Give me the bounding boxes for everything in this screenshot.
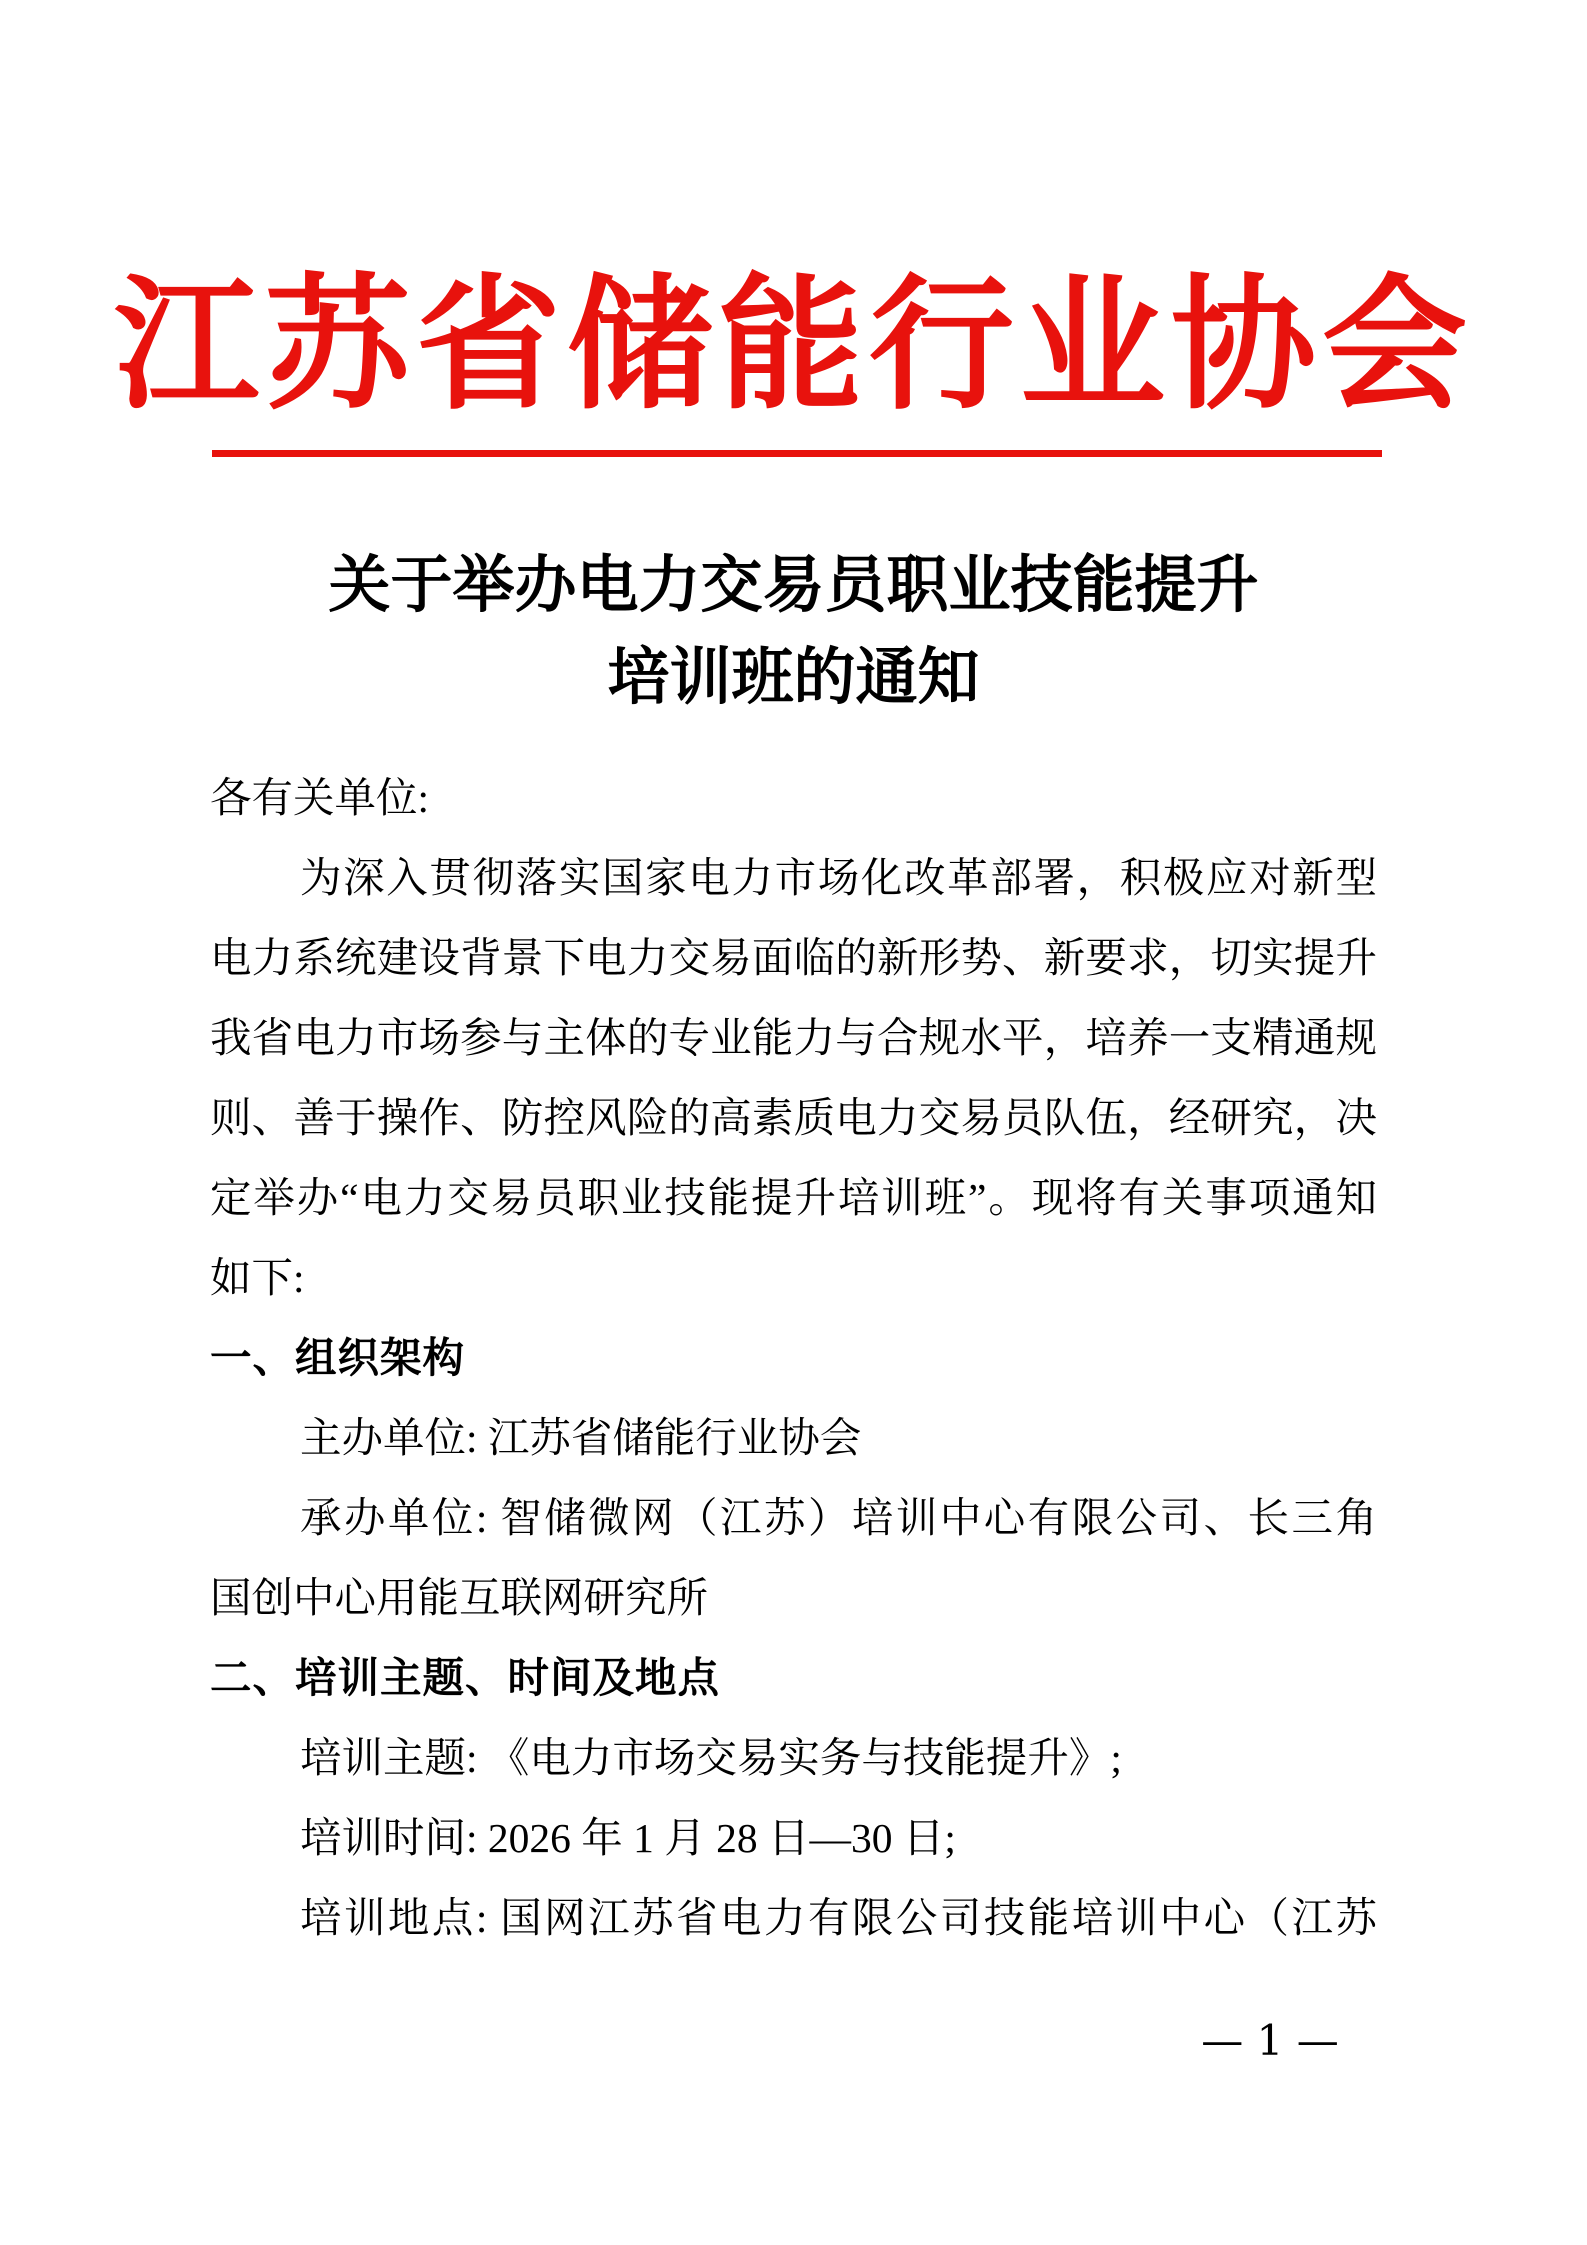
paragraph-line: 我省电力市场参与主体的专业能力与合规水平，培养一支精通规: [210, 998, 1377, 1078]
salutation: 各有关单位:: [210, 758, 1377, 838]
paragraph-line: 电力系统建设背景下电力交易面临的新形势、新要求，切实提升: [210, 918, 1377, 998]
organizer-line: 主办单位: 江苏省储能行业协会: [210, 1398, 1377, 1478]
page-number: — 1 —: [1130, 2018, 1410, 2064]
paragraph-line: 则、善于操作、防控风险的高素质电力交易员队伍，经研究，决: [210, 1078, 1377, 1158]
training-location-line: 培训地点: 国网江苏省电力有限公司技能培训中心（江苏: [210, 1878, 1377, 1958]
document-page: 江苏省储能行业协会 关于举办电力交易员职业技能提升 培训班的通知 各有关单位: …: [0, 0, 1587, 2245]
letterhead-org-name: 江苏省储能行业协会: [0, 265, 1587, 425]
training-topic-line: 培训主题: 《电力市场交易实务与技能提升》;: [210, 1718, 1377, 1798]
co-organizer-line: 承办单位: 智储微网（江苏）培训中心有限公司、长三角: [210, 1478, 1377, 1558]
document-body: 各有关单位: 为深入贯彻落实国家电力市场化改革部署，积极应对新型 电力系统建设背…: [210, 758, 1377, 1958]
co-organizer-line-continued: 国创中心用能互联网研究所: [210, 1558, 1377, 1638]
paragraph-line: 如下:: [210, 1238, 1377, 1318]
document-title: 关于举办电力交易员职业技能提升 培训班的通知: [0, 540, 1587, 724]
section-1-heading: 一、组织架构: [210, 1318, 1377, 1398]
letterhead-rule: [212, 450, 1382, 457]
document-title-line-2: 培训班的通知: [0, 632, 1587, 724]
section-2-heading: 二、培训主题、时间及地点: [210, 1638, 1377, 1718]
paragraph-line: 定举办“电力交易员职业技能提升培训班”。现将有关事项通知: [210, 1158, 1377, 1238]
paragraph-line: 为深入贯彻落实国家电力市场化改革部署，积极应对新型: [210, 838, 1377, 918]
document-title-line-1: 关于举办电力交易员职业技能提升: [0, 540, 1587, 632]
training-time-line: 培训时间: 2026 年 1 月 28 日—30 日;: [210, 1798, 1377, 1878]
